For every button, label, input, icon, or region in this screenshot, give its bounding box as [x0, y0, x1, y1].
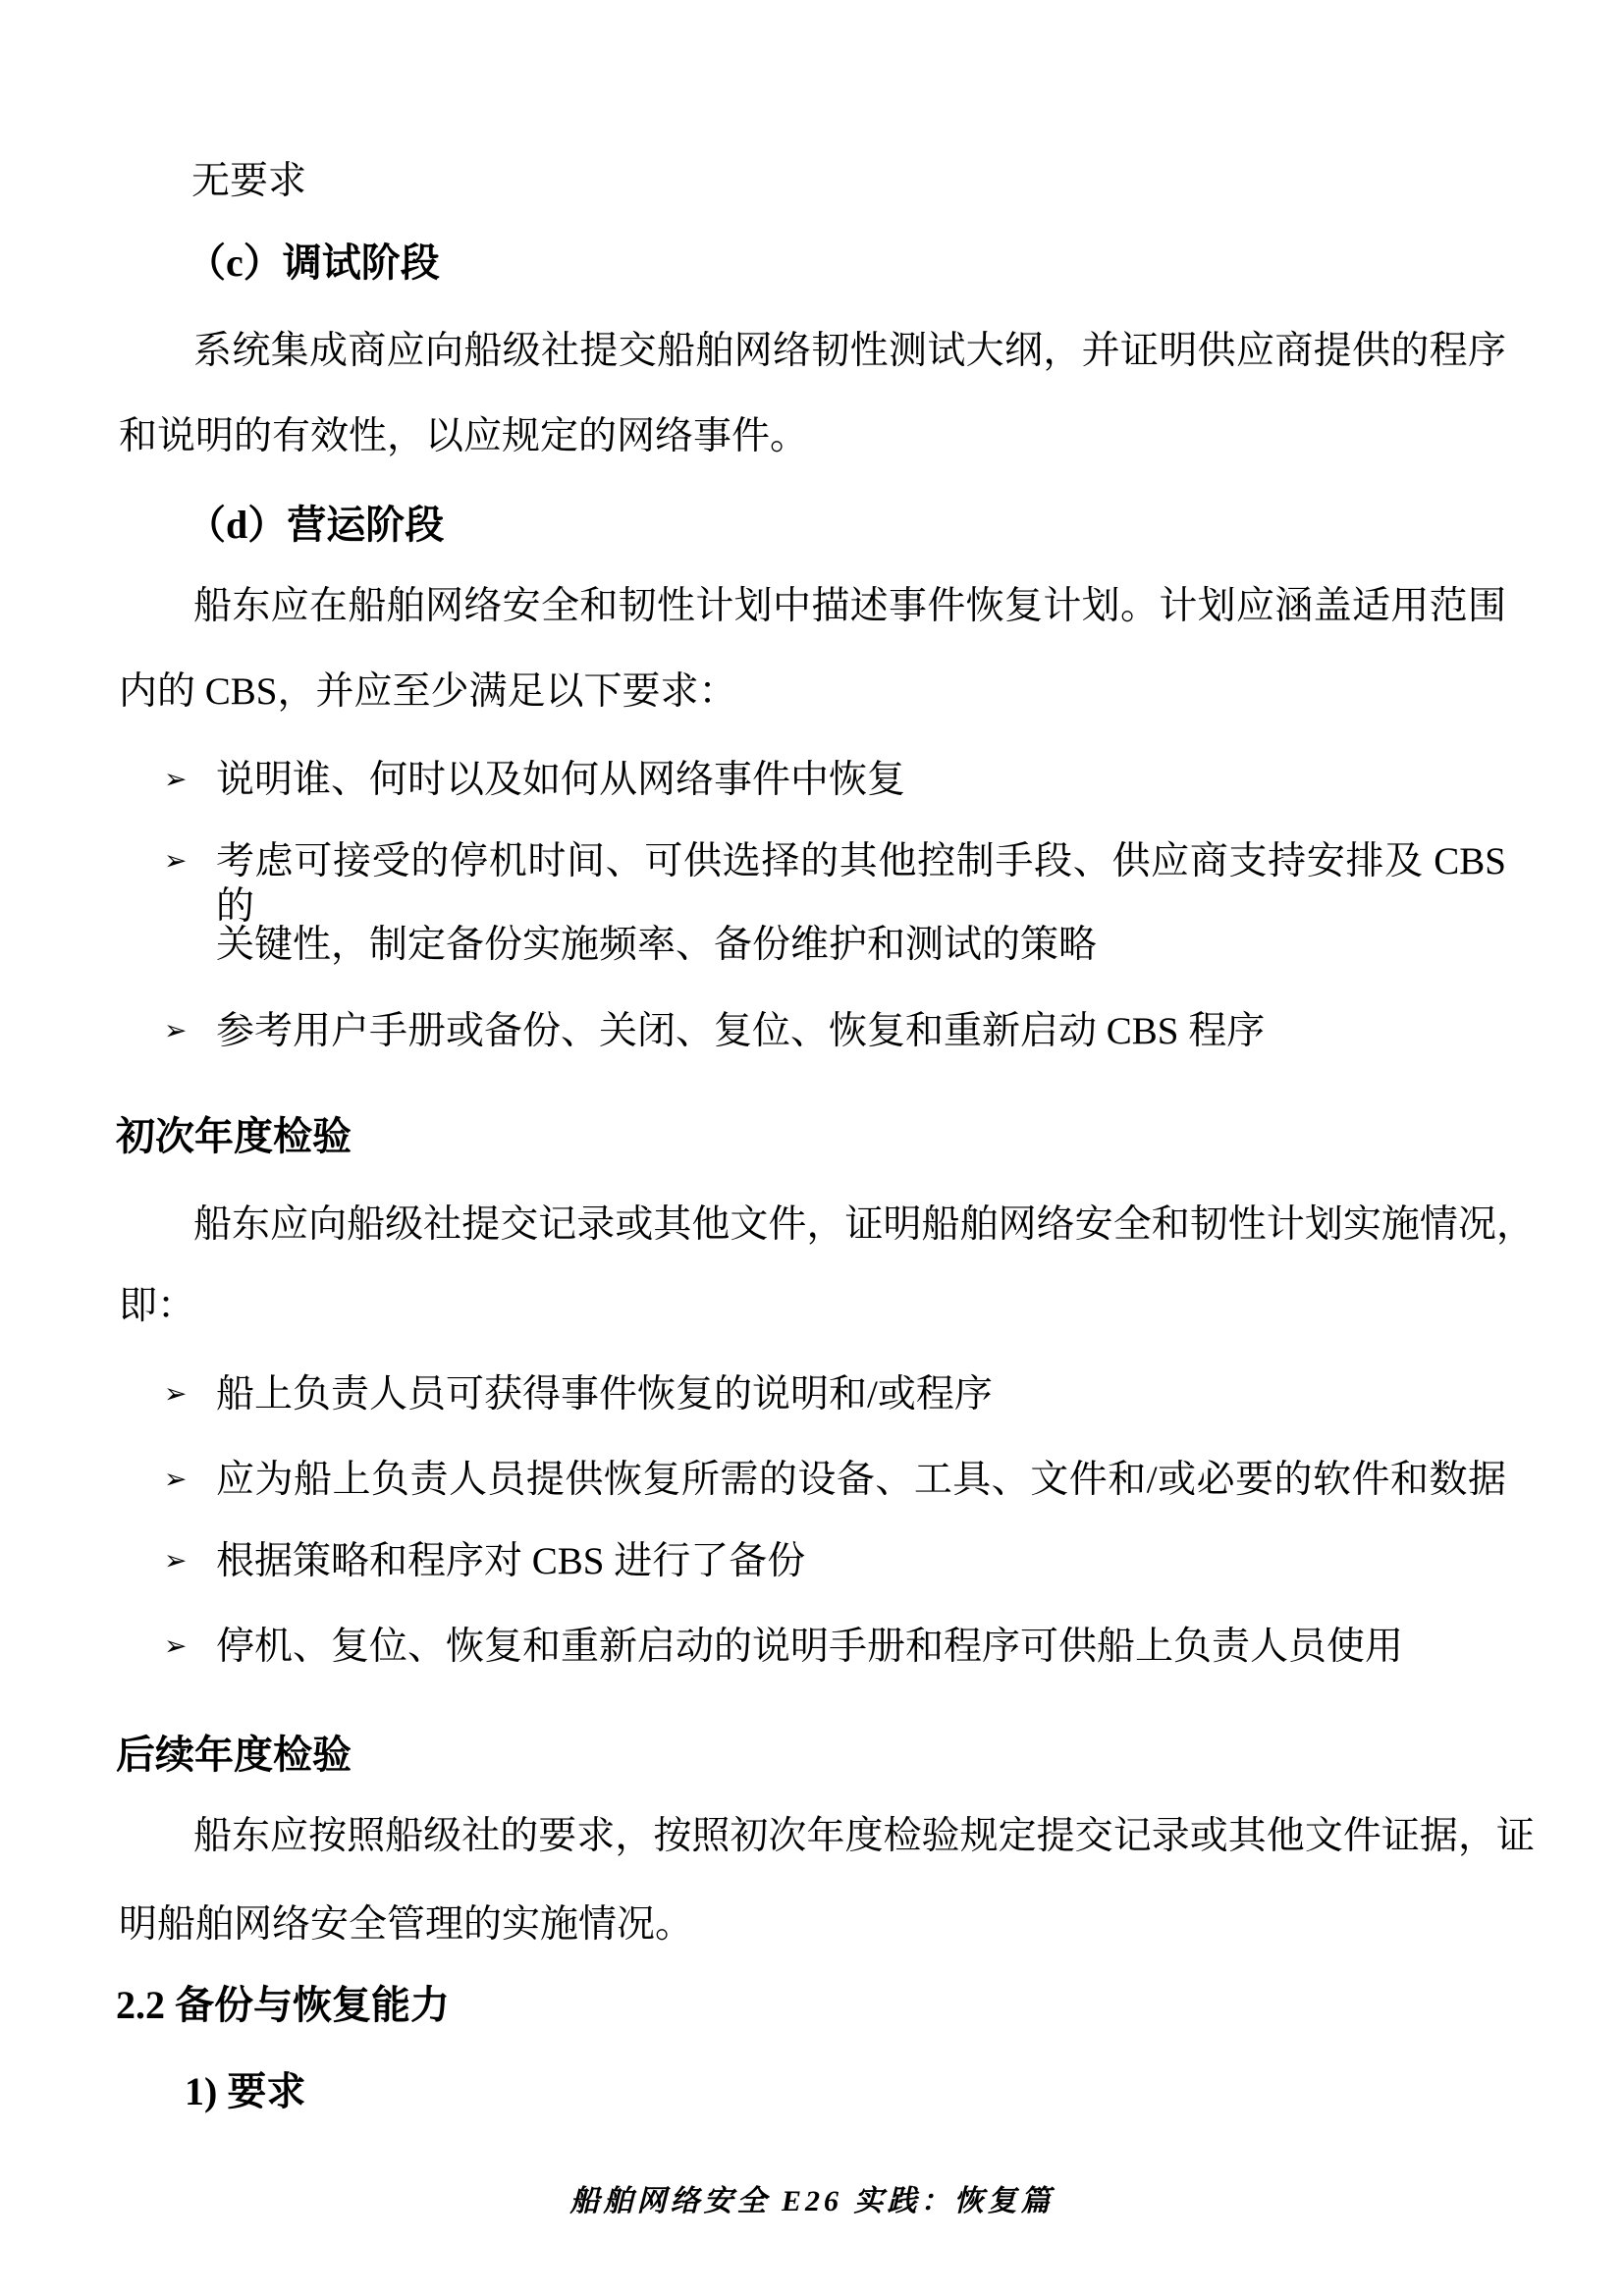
- bullet-text: 根据策略和程序对 CBS 进行了备份: [216, 1539, 805, 1584]
- arrow-bullet-icon: ➢: [164, 839, 216, 884]
- paragraph-line: 即：: [119, 1284, 195, 1329]
- heading-operation-phase: （d）营运阶段: [187, 503, 444, 548]
- bullet-item-recover-who: ➢说明谁、何时以及如何从网络事件中恢复: [164, 758, 905, 803]
- bullet-text: 说明谁、何时以及如何从网络事件中恢复: [216, 758, 905, 803]
- bullet-item-equipment-provided: ➢应为船上负责人员提供恢复所需的设备、工具、文件和/或必要的软件和数据: [164, 1458, 1506, 1503]
- page-footer-title: 船舶网络安全 E26 实践：恢复篇: [0, 2182, 1624, 2221]
- arrow-bullet-icon: ➢: [164, 1009, 216, 1054]
- bullet-continuation-line: 关键性，制定备份实施频率、备份维护和测试的策略: [216, 923, 1097, 968]
- paragraph-no-requirement: 无要求: [191, 159, 306, 204]
- document-page: 无要求 （c）调试阶段 系统集成商应向船级社提交船舶网络韧性测试大纲，并证明供应…: [0, 0, 1624, 2296]
- heading-requirement: 1) 要求: [185, 2069, 305, 2114]
- heading-backup-recovery-capability: 2.2 备份与恢复能力: [116, 1983, 450, 2028]
- paragraph-line: 船东应在船舶网络安全和韧性计划中描述事件恢复计划。计划应涵盖适用范围: [193, 584, 1506, 629]
- paragraph-line: 明船舶网络安全管理的实施情况。: [119, 1902, 693, 1948]
- paragraph-line: 内的 CBS，并应至少满足以下要求：: [119, 669, 736, 715]
- bullet-item-backup-done: ➢根据策略和程序对 CBS 进行了备份: [164, 1539, 805, 1584]
- arrow-bullet-icon: ➢: [164, 1372, 216, 1417]
- paragraph-line: 船东应向船级社提交记录或其他文件，证明船舶网络安全和韧性计划实施情况，: [193, 1202, 1535, 1248]
- heading-initial-annual-survey: 初次年度检验: [116, 1114, 352, 1159]
- bullet-text: 参考用户手册或备份、关闭、复位、恢复和重新启动 CBS 程序: [216, 1009, 1265, 1054]
- arrow-bullet-icon: ➢: [164, 758, 216, 803]
- bullet-text: 应为船上负责人员提供恢复所需的设备、工具、文件和/或必要的软件和数据: [216, 1458, 1506, 1503]
- heading-commissioning-phase: （c）调试阶段: [187, 240, 440, 286]
- bullet-item-refer-manual: ➢参考用户手册或备份、关闭、复位、恢复和重新启动 CBS 程序: [164, 1009, 1265, 1054]
- paragraph-line: 系统集成商应向船级社提交船舶网络韧性测试大纲，并证明供应商提供的程序: [193, 329, 1506, 374]
- bullet-item-shutdown-manuals: ➢停机、复位、恢复和重新启动的说明手册和程序可供船上负责人员使用: [164, 1625, 1403, 1670]
- arrow-bullet-icon: ➢: [164, 1625, 216, 1670]
- heading-subsequent-annual-survey: 后续年度检验: [116, 1733, 352, 1778]
- arrow-bullet-icon: ➢: [164, 1458, 216, 1503]
- bullet-text: 停机、复位、恢复和重新启动的说明手册和程序可供船上负责人员使用: [216, 1625, 1403, 1670]
- bullet-text: 船上负责人员可获得事件恢复的说明和/或程序: [216, 1372, 993, 1417]
- bullet-item-downtime: ➢考虑可接受的停机时间、可供选择的其他控制手段、供应商支持安排及 CBS 的: [164, 839, 1506, 930]
- bullet-text: 考虑可接受的停机时间、可供选择的其他控制手段、供应商支持安排及 CBS 的: [216, 839, 1506, 930]
- paragraph-line: 和说明的有效性，以应规定的网络事件。: [119, 414, 808, 459]
- bullet-item-instructions-available: ➢船上负责人员可获得事件恢复的说明和/或程序: [164, 1372, 993, 1417]
- arrow-bullet-icon: ➢: [164, 1539, 216, 1584]
- paragraph-line: 船东应按照船级社的要求，按照初次年度检验规定提交记录或其他文件证据，证: [193, 1814, 1535, 1859]
